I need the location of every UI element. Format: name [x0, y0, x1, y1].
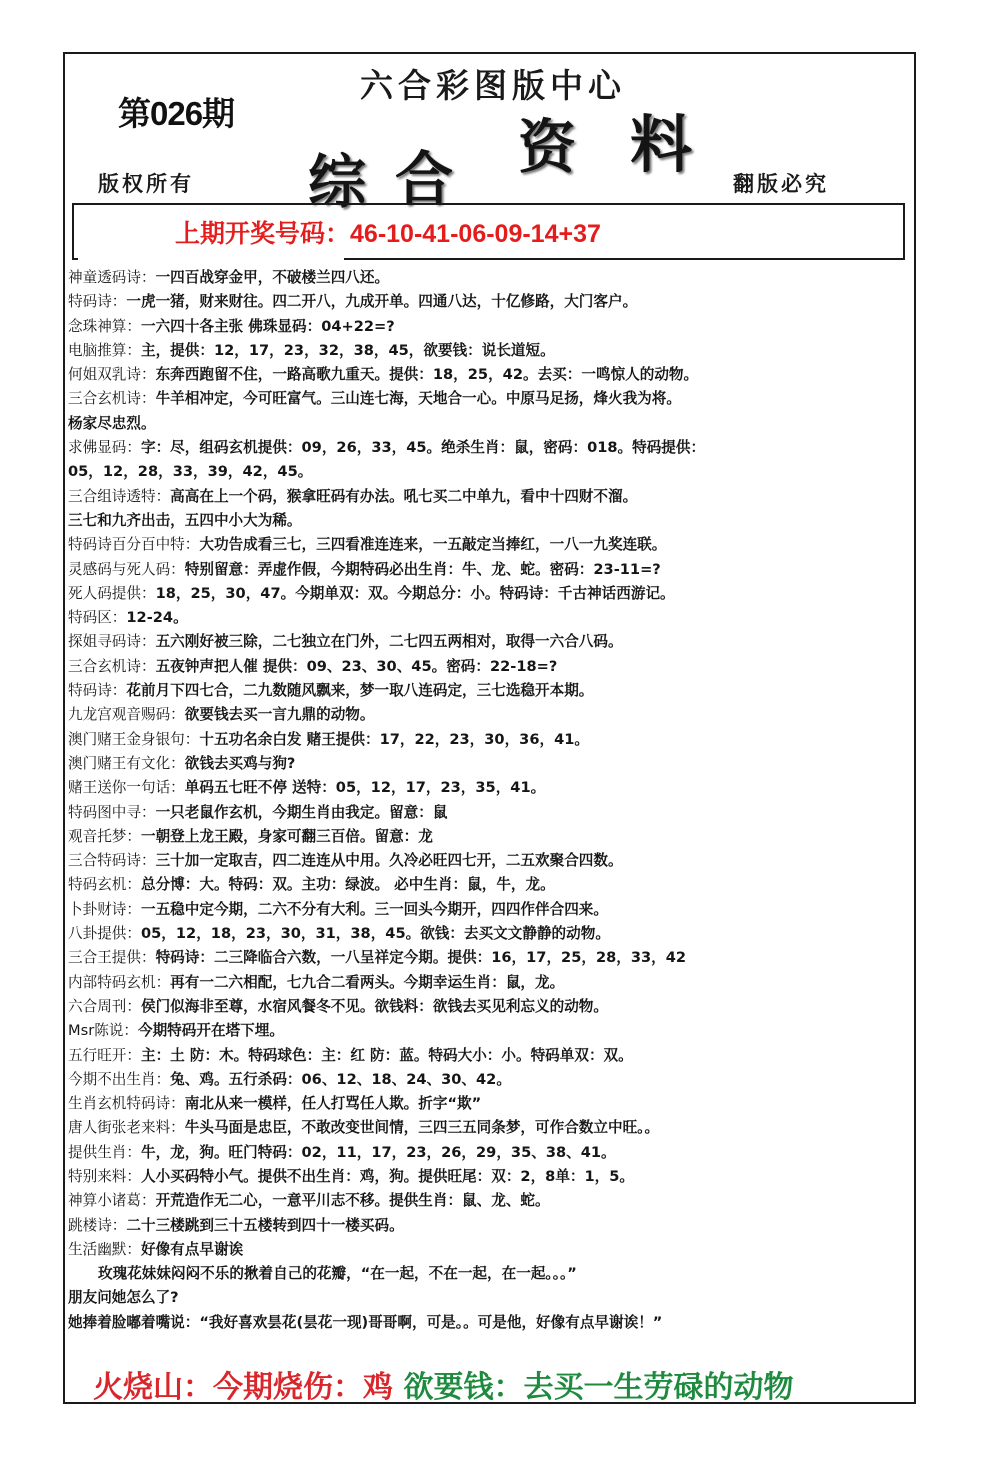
main-title-char-3: 资 — [518, 100, 576, 184]
content-line: 澳门赌王金身银句：十五功名余白发 赌王提供：17，22，23，30，36，41。 — [68, 728, 908, 752]
line-label: 生活幽默： — [68, 1241, 141, 1258]
content-line: 跳楼诗：二十三楼跳到三十五楼转到四十一楼买码。 — [68, 1214, 908, 1238]
content-line: 赌王送你一句话：单码五七旺不停 送特：05，12，17，23，35，41。 — [68, 776, 908, 800]
footer-green-text: 欲要钱：去买一生劳碌的动物 — [403, 1370, 793, 1405]
line-text: 杨家尽忠烈。 — [68, 415, 156, 432]
content-line: 澳门赌王有文化：欲钱去买鸡与狗? — [68, 752, 908, 776]
line-label: 特码区： — [68, 609, 126, 626]
last-result-numbers: 46-10-41-06-09-14+37 — [350, 220, 601, 248]
line-label: 九龙宫观音赐码： — [68, 706, 185, 723]
line-text: 一朝登上龙王殿，身家可翻三百倍。留意：龙 — [141, 828, 433, 845]
line-label: 三合玄机诗： — [68, 390, 156, 407]
line-label: 卜卦财诗： — [68, 901, 141, 918]
line-text: 欲要钱去买一言九鼎的动物。 — [185, 706, 375, 723]
content-line: 三合特码诗：三十加一定取吉，四二连连从中用。久冷必旺四七开，二五欢聚合四数。 — [68, 849, 908, 873]
line-label: 三合玄机诗： — [68, 658, 156, 675]
line-label: 三合组诗透特： — [68, 488, 170, 505]
line-label: 特码诗： — [68, 682, 126, 699]
content-line: 特码诗：一虎一猪，财来财往。四二开八，九成开单。四通八达，十亿修路，大门客户。 — [68, 290, 908, 314]
content-line: 今期不出生肖：兔、鸡。五行杀码：06、12、18、24、30、42。 — [68, 1068, 908, 1092]
content-line: 三合组诗透特：高高在上一个码，猴拿旺码有办法。吼七买二中单九，看中十四财不溜。 — [68, 485, 908, 509]
content-line: 内部特码玄机：再有一二六相配，七九合二看两头。今期幸运生肖：鼠，龙。 — [68, 971, 908, 995]
line-label: 赌王送你一句话： — [68, 779, 185, 796]
content-line: 电脑推算：主，提供：12，17，23，32，38，45，欲要钱：说长道短。 — [68, 339, 908, 363]
line-text: 一只老鼠作玄机，今期生肖由我定。留意：鼠 — [156, 804, 448, 821]
content-line: 灵感码与死人码：特别留意：弄虚作假，今期特码必出生肖：牛、龙、蛇。密码：23-1… — [68, 558, 908, 582]
content-line: 特码诗百分百中特：大功告成看三七，三四看准连连来，一五敲定当捧红，一八一九奖连联… — [68, 533, 908, 557]
main-title-char-4: 料 — [630, 95, 692, 184]
line-label: 特别来料： — [68, 1168, 141, 1185]
content-line: 九龙宫观音赐码：欲要钱去买一言九鼎的动物。 — [68, 703, 908, 727]
story-line: 玫瑰花妹妹闷闷不乐的揪着自己的花瓣，“在一起，不在一起，在一起。。。” — [68, 1262, 908, 1286]
publisher-title: 六合彩图版中心 — [360, 60, 626, 107]
line-text: 总分博：大。特码：双。主功：绿波。 必中生肖：鼠，牛，龙。 — [141, 876, 555, 893]
line-label: Msr陈说： — [68, 1022, 138, 1039]
line-label: 何姐双乳诗： — [68, 366, 156, 383]
content-line: 05，12，28，33，39，42，45。 — [68, 460, 908, 484]
line-label: 澳门赌王金身银句： — [68, 731, 199, 748]
line-text: 五六刚好被三除，二七独立在门外，二七四五两相对，取得一六合八码。 — [156, 633, 623, 650]
content-line: 特码玄机：总分博：大。特码：双。主功：绿波。 必中生肖：鼠，牛，龙。 — [68, 873, 908, 897]
content-line: 特码诗：花前月下四七合，二九数随风飘来，梦一取八连码定，三七选稳开本期。 — [68, 679, 908, 703]
issue-number: 第026期 — [118, 88, 234, 135]
line-text: 特别留意：弄虚作假，今期特码必出生肖：牛、龙、蛇。密码：23-11=? — [185, 561, 661, 578]
line-label: 观音托梦： — [68, 828, 141, 845]
line-label: 唐人街张老来料： — [68, 1119, 185, 1136]
content-line: 死人码提供：18，25，30，47。今期单双：双。今期总分：小。特码诗：千古神话… — [68, 582, 908, 606]
line-text: 欲钱去买鸡与狗? — [185, 755, 296, 772]
line-text: 字：尽，组码玄机提供：09，26，33，45。绝杀生肖：鼠，密码：018。特码提… — [141, 439, 705, 456]
line-label: 灵感码与死人码： — [68, 561, 185, 578]
content-line: 卜卦财诗：一五稳中定今期，二六不分有大利。三一回头今期开，四四作伴合四来。 — [68, 898, 908, 922]
line-text: 二十三楼跳到三十五楼转到四十一楼买码。 — [126, 1217, 403, 1234]
last-result: 上期开奖号码：46-10-41-06-09-14+37 — [175, 214, 601, 250]
line-label: 六合周刊： — [68, 998, 141, 1015]
content-line: 生肖玄机特码诗：南北从来一模样，任人打骂任人欺。折字“欺” — [68, 1092, 908, 1116]
copyright-right: 翻版必究 — [733, 168, 829, 198]
line-text: 单码五七旺不停 送特：05，12，17，23，35，41。 — [185, 779, 545, 796]
line-text: 主，提供：12，17，23，32，38，45，欲要钱：说长道短。 — [141, 342, 555, 359]
content-line: 生活幽默：好像有点早谢诶 — [68, 1238, 908, 1262]
line-label: 神算小诸葛： — [68, 1192, 156, 1209]
content-line: 三合王提供：特码诗：二三降临合六数，一八呈祥定今期。提供：16，17，25，28… — [68, 946, 908, 970]
line-label: 念珠神算： — [68, 318, 141, 335]
line-text: 侯门似海非至尊，水宿风餐冬不见。欲钱料：欲钱去买见利忘义的动物。 — [141, 998, 608, 1015]
footer-red-text: 火烧山：今期烧伤：鸡 — [93, 1370, 393, 1405]
line-label: 特码图中寻： — [68, 804, 156, 821]
content-line: 念珠神算：一六四十各主张 佛珠显码：04+22=? — [68, 315, 908, 339]
content-line: 观音托梦：一朝登上龙王殿，身家可翻三百倍。留意：龙 — [68, 825, 908, 849]
line-text: 三七和九齐出击，五四中小大为稀。 — [68, 512, 302, 529]
content-line: 神童透码诗：一四百战穿金甲，不破楼兰四八还。 — [68, 266, 908, 290]
line-text: 牛头马面是忠臣，不敢改变世间情，三四三五同条梦，可作合数立中旺。。 — [185, 1119, 659, 1136]
line-text: 12-24。 — [126, 609, 187, 626]
content-line: 唐人街张老来料：牛头马面是忠臣，不敢改变世间情，三四三五同条梦，可作合数立中旺。… — [68, 1116, 908, 1140]
line-text: 牛，龙，狗。旺门特码：02，11，17，23，26，29，35、38、41。 — [141, 1144, 616, 1161]
line-label: 内部特码玄机： — [68, 974, 170, 991]
story-line: 朋友问她怎么了? — [68, 1286, 908, 1310]
content-line: 特别来料：人小买码特小气。提供不出生肖：鸡，狗。提供旺尾：双：2，8单：1，5。 — [68, 1165, 908, 1189]
line-label: 特码诗： — [68, 293, 126, 310]
content-line: 八卦提供：05，12，18，23，30，31，38，45。欲钱：去买文文静静的动… — [68, 922, 908, 946]
line-text: 兔、鸡。五行杀码：06、12、18、24、30、42。 — [170, 1071, 511, 1088]
line-label: 澳门赌王有文化： — [68, 755, 185, 772]
content-line: 三合玄机诗：五夜钟声把人催 提供：09、23、30、45。密码：22-18=? — [68, 655, 908, 679]
line-text: 一四百战穿金甲，不破楼兰四八还。 — [156, 269, 390, 286]
line-label: 特码玄机： — [68, 876, 141, 893]
content-line: 六合周刊：侯门似海非至尊，水宿风餐冬不见。欲钱料：欲钱去买见利忘义的动物。 — [68, 995, 908, 1019]
line-text: 五夜钟声把人催 提供：09、23、30、45。密码：22-18=? — [156, 658, 558, 675]
story-text: 朋友问她怎么了? — [68, 1289, 179, 1306]
line-text: 今期特码开在塔下埋。 — [138, 1022, 284, 1039]
content-line: 提供生肖：牛，龙，狗。旺门特码：02，11，17，23，26，29，35、38、… — [68, 1141, 908, 1165]
content-line: 五行旺开：主：土 防：木。特码球色：主：红 防：蓝。特码大小：小。特码单双：双。 — [68, 1044, 908, 1068]
line-text: 主：土 防：木。特码球色：主：红 防：蓝。特码大小：小。特码单双：双。 — [141, 1047, 633, 1064]
line-text: 牛羊相冲定，今可旺富气。三山连七海，天地合一心。中原马足扬，烽火我为将。 — [156, 390, 681, 407]
content-line: 三七和九齐出击，五四中小大为稀。 — [68, 509, 908, 533]
line-label: 跳楼诗： — [68, 1217, 126, 1234]
content-line: 特码区：12-24。 — [68, 606, 908, 630]
story-text: 玫瑰花妹妹闷闷不乐的揪着自己的花瓣，“在一起，不在一起，在一起。。。” — [98, 1265, 577, 1282]
line-label: 电脑推算： — [68, 342, 141, 359]
content-line: 何姐双乳诗：东奔西跑留不住，一路高歌九重天。提供：18，25，42。去买：一鸣惊… — [68, 363, 908, 387]
line-text: 高高在上一个码，猴拿旺码有办法。吼七买二中单九，看中十四财不溜。 — [170, 488, 637, 505]
line-label: 求佛显码： — [68, 439, 141, 456]
line-label: 三合王提供： — [68, 949, 156, 966]
line-label: 死人码提供： — [68, 585, 156, 602]
content-line: Msr陈说：今期特码开在塔下埋。 — [68, 1019, 908, 1043]
story-line: 她捧着脸嘟着嘴说：“我好喜欢昙花(昙花一现)哥哥啊，可是。。可是他，好像有点早谢… — [68, 1311, 908, 1335]
line-label: 今期不出生肖： — [68, 1071, 170, 1088]
line-text: 大功告成看三七，三四看准连连来，一五敲定当捧红，一八一九奖连联。 — [199, 536, 666, 553]
copyright-left: 版权所有 — [98, 168, 194, 198]
line-text: 再有一二六相配，七九合二看两头。今期幸运生肖：鼠，龙。 — [170, 974, 564, 991]
line-text: 人小买码特小气。提供不出生肖：鸡，狗。提供旺尾：双：2，8单：1，5。 — [141, 1168, 634, 1185]
line-label: 探姐寻码诗： — [68, 633, 156, 650]
line-text: 好像有点早谢诶 — [141, 1241, 243, 1258]
line-text: 东奔西跑留不住，一路高歌九重天。提供：18，25，42。去买：一鸣惊人的动物。 — [156, 366, 699, 383]
story-text: 她捧着脸嘟着嘴说：“我好喜欢昙花(昙花一现)哥哥啊，可是。。可是他，好像有点早谢… — [68, 1314, 662, 1331]
footer-banner: 火烧山：今期烧伤：鸡 欲要钱：去买一生劳碌的动物 — [93, 1362, 793, 1406]
line-label: 五行旺开： — [68, 1047, 141, 1064]
line-label: 三合特码诗： — [68, 852, 156, 869]
content-line: 特码图中寻：一只老鼠作玄机，今期生肖由我定。留意：鼠 — [68, 801, 908, 825]
content-line: 三合玄机诗：牛羊相冲定，今可旺富气。三山连七海，天地合一心。中原马足扬，烽火我为… — [68, 387, 908, 411]
last-result-label: 上期开奖号码： — [175, 220, 350, 248]
line-label: 提供生肖： — [68, 1144, 141, 1161]
line-text: 一六四十各主张 佛珠显码：04+22=? — [141, 318, 395, 335]
line-text: 一五稳中定今期，二六不分有大利。三一回头今期开，四四作伴合四来。 — [141, 901, 608, 918]
line-text: 特码诗：二三降临合六数，一八呈祥定今期。提供：16，17，25，28，33，42 — [156, 949, 686, 966]
line-label: 特码诗百分百中特： — [68, 536, 199, 553]
line-text: 05，12，18，23，30，31，38，45。欲钱：去买文文静静的动物。 — [141, 925, 610, 942]
content-line: 杨家尽忠烈。 — [68, 412, 908, 436]
line-text: 三十加一定取吉，四二连连从中用。久冷必旺四七开，二五欢聚合四数。 — [156, 852, 623, 869]
content-line: 求佛显码：字：尽，组码玄机提供：09，26，33，45。绝杀生肖：鼠，密码：01… — [68, 436, 908, 460]
line-text: 一虎一猪，财来财往。四二开八，九成开单。四通八达，十亿修路，大门客户。 — [126, 293, 637, 310]
line-label: 神童透码诗： — [68, 269, 156, 286]
line-text: 花前月下四七合，二九数随风飘来，梦一取八连码定，三七选稳开本期。 — [126, 682, 593, 699]
line-text: 18，25，30，47。今期单双：双。今期总分：小。特码诗：千古神话西游记。 — [156, 585, 675, 602]
content-body: 神童透码诗：一四百战穿金甲，不破楼兰四八还。特码诗：一虎一猪，财来财往。四二开八… — [68, 266, 908, 1335]
line-text: 南北从来一模样，任人打骂任人欺。折字“欺” — [185, 1095, 481, 1112]
line-label: 生肖玄机特码诗： — [68, 1095, 185, 1112]
line-label: 八卦提供： — [68, 925, 141, 942]
line-text: 开荒造作无二心，一意平川志不移。提供生肖：鼠、龙、蛇。 — [156, 1192, 550, 1209]
line-text: 十五功名余白发 赌王提供：17，22，23，30，36，41。 — [199, 731, 589, 748]
content-line: 神算小诸葛：开荒造作无二心，一意平川志不移。提供生肖：鼠、龙、蛇。 — [68, 1189, 908, 1213]
line-text: 05，12，28，33，39，42，45。 — [68, 463, 312, 480]
content-line: 探姐寻码诗：五六刚好被三除，二七独立在门外，二七四五两相对，取得一六合八码。 — [68, 630, 908, 654]
